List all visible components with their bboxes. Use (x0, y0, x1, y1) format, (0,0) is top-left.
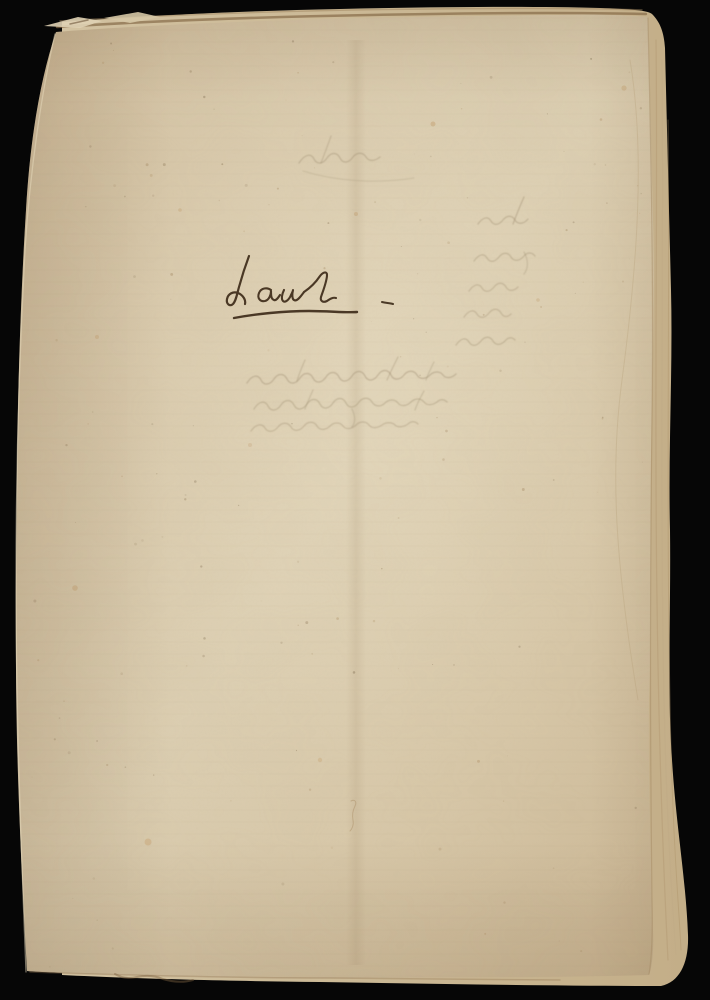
photograph: S aut (0, 0, 710, 1000)
page-shading (10, 14, 660, 980)
page-sheet (10, 14, 660, 980)
manuscript-scene (0, 0, 710, 1000)
paper-grain (16, 14, 656, 979)
